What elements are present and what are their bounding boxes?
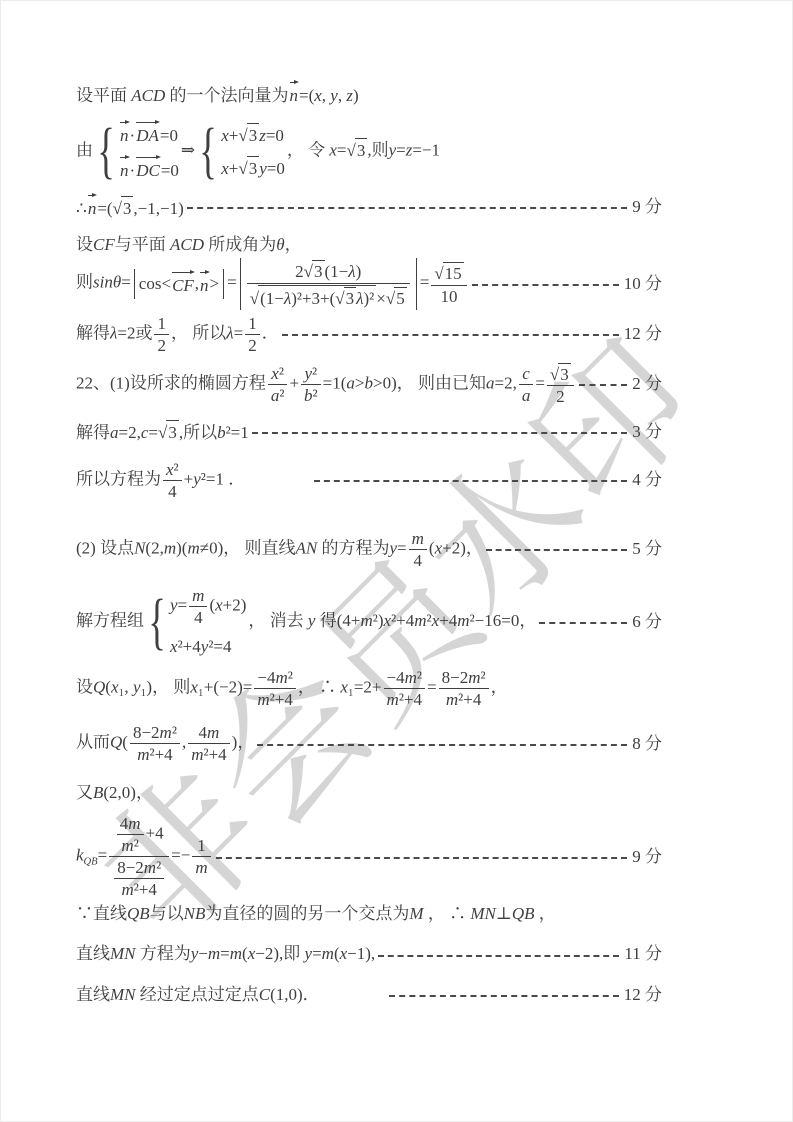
math-content: ∴n=(√3,−1,−1) bbox=[76, 194, 184, 220]
dash-leader bbox=[472, 284, 619, 286]
score-label: 11 分 bbox=[622, 943, 662, 965]
dash-leader bbox=[257, 744, 627, 746]
solution-line-15: kQB=4mm²+48−2m²m²+4=−1m9 分 bbox=[76, 814, 662, 899]
math-content: 从而Q(8−2m²m²+4,4mm²+4)， bbox=[76, 723, 254, 764]
solution-line-8: 解得a=2,c=√3,所以b²=13 分 bbox=[76, 420, 662, 444]
math-content: 则sinθ=cos<CF,n>=2√3(1−λ)√(1−λ)²+3+(√3λ)²… bbox=[76, 258, 469, 309]
math-content: 设平面 ACD 的一个法向量为n=(x, y, z) bbox=[76, 81, 359, 107]
document-page: 非会员水印 设平面 ACD 的一个法向量为n=(x, y, z)由{n·DA=0… bbox=[0, 0, 793, 1122]
score-label: 9 分 bbox=[630, 846, 662, 868]
dash-leader bbox=[314, 480, 627, 482]
score-label: 2 分 bbox=[630, 373, 662, 395]
score-label: 8 分 bbox=[630, 733, 662, 755]
math-content: 又B(2,0)， bbox=[76, 782, 153, 804]
score-label: 12 分 bbox=[622, 323, 662, 345]
dash-leader bbox=[378, 955, 619, 957]
score-label: 4 分 bbox=[630, 469, 662, 491]
solution-line-18: 直线MN 经过定点过定点C(1,0)．12 分 bbox=[76, 984, 662, 1006]
math-content: (2) 设点N(2,m)(m≠0)， 则直线AN 的方程为y=m4(x+2)， bbox=[76, 529, 483, 570]
math-content: 设CF与平面 ACD 所成角为θ， bbox=[76, 234, 302, 256]
dash-leader bbox=[486, 549, 627, 551]
score-label: 3 分 bbox=[630, 421, 662, 443]
solution-line-3: ∴n=(√3,−1,−1) 9 分 bbox=[76, 194, 662, 220]
solution-line-13: 从而Q(8−2m²m²+4,4mm²+4)， 8 分 bbox=[76, 723, 662, 764]
solution-line-5: 则sinθ=cos<CF,n>=2√3(1−λ)√(1−λ)²+3+(√3λ)²… bbox=[76, 258, 662, 309]
dash-leader bbox=[579, 384, 627, 386]
math-content: 解得λ=2或12， 所以λ=12． bbox=[76, 314, 279, 355]
dash-leader bbox=[389, 995, 619, 997]
score-label: 9 分 bbox=[630, 196, 662, 218]
solution-line-10: (2) 设点N(2,m)(m≠0)， 则直线AN 的方程为y=m4(x+2)，5… bbox=[76, 529, 662, 570]
math-content: 解得a=2,c=√3,所以b²=1 bbox=[76, 420, 249, 444]
solution-line-4: 设CF与平面 ACD 所成角为θ， bbox=[76, 234, 662, 256]
solution-content: 设平面 ACD 的一个法向量为n=(x, y, z)由{n·DA=0n·DC=0… bbox=[1, 1, 792, 1006]
solution-line-17: 直线MN 方程为y−m=m(x−2),即 y=m(x−1),11 分 bbox=[76, 943, 662, 965]
score-label: 12 分 bbox=[622, 984, 662, 1006]
math-content: 由{n·DA=0n·DC=0⇒{x+√3z=0x+√3y=0， 令 x=√3,则… bbox=[76, 121, 440, 182]
solution-line-2: 由{n·DA=0n·DC=0⇒{x+√3z=0x+√3y=0， 令 x=√3,则… bbox=[76, 121, 662, 182]
solution-line-11: 解方程组{y=m4(x+2)x²+4y²=4， 消去 y 得(4+m²)x²+4… bbox=[76, 586, 662, 658]
solution-line-9: 所以方程为x²4+y²=1 ．4 分 bbox=[76, 460, 662, 501]
solution-line-16: ∵直线QB与以NB为直径的圆的另一个交点为M ， ∴ MN⊥QB ， bbox=[76, 903, 662, 925]
solution-line-1: 设平面 ACD 的一个法向量为n=(x, y, z) bbox=[76, 81, 662, 107]
solution-line-6: 解得λ=2或12， 所以λ=12．12 分 bbox=[76, 314, 662, 355]
dash-leader bbox=[216, 857, 628, 859]
math-content: 解方程组{y=m4(x+2)x²+4y²=4， 消去 y 得(4+m²)x²+4… bbox=[76, 586, 536, 658]
dash-leader bbox=[187, 207, 627, 209]
math-content: 直线MN 方程为y−m=m(x−2),即 y=m(x−1), bbox=[76, 943, 375, 965]
dash-leader bbox=[539, 622, 627, 624]
dash-leader bbox=[252, 432, 627, 434]
math-content: 22、(1)设所求的椭圆方程x²a²+y²b²=1(a>b>0)， 则由已知a=… bbox=[76, 363, 576, 406]
math-content: ∵直线QB与以NB为直径的圆的另一个交点为M ， ∴ MN⊥QB ， bbox=[76, 903, 556, 925]
dash-leader bbox=[282, 334, 619, 336]
solution-line-7: 22、(1)设所求的椭圆方程x²a²+y²b²=1(a>b>0)， 则由已知a=… bbox=[76, 363, 662, 406]
math-content: 所以方程为x²4+y²=1 ． bbox=[76, 460, 245, 501]
math-content: kQB=4mm²+48−2m²m²+4=−1m bbox=[76, 814, 213, 899]
solution-line-14: 又B(2,0)， bbox=[76, 782, 662, 804]
solution-line-12: 设Q(x₁, y₁)， 则x₁+(−2)=−4m²m²+4， ∴ x₁=2+−4… bbox=[76, 668, 662, 709]
math-content: 直线MN 经过定点过定点C(1,0)． bbox=[76, 984, 320, 1006]
score-label: 6 分 bbox=[630, 611, 662, 633]
score-label: 5 分 bbox=[630, 538, 662, 560]
math-content: 设Q(x₁, y₁)， 则x₁+(−2)=−4m²m²+4， ∴ x₁=2+−4… bbox=[76, 668, 508, 709]
score-label: 10 分 bbox=[622, 273, 662, 295]
